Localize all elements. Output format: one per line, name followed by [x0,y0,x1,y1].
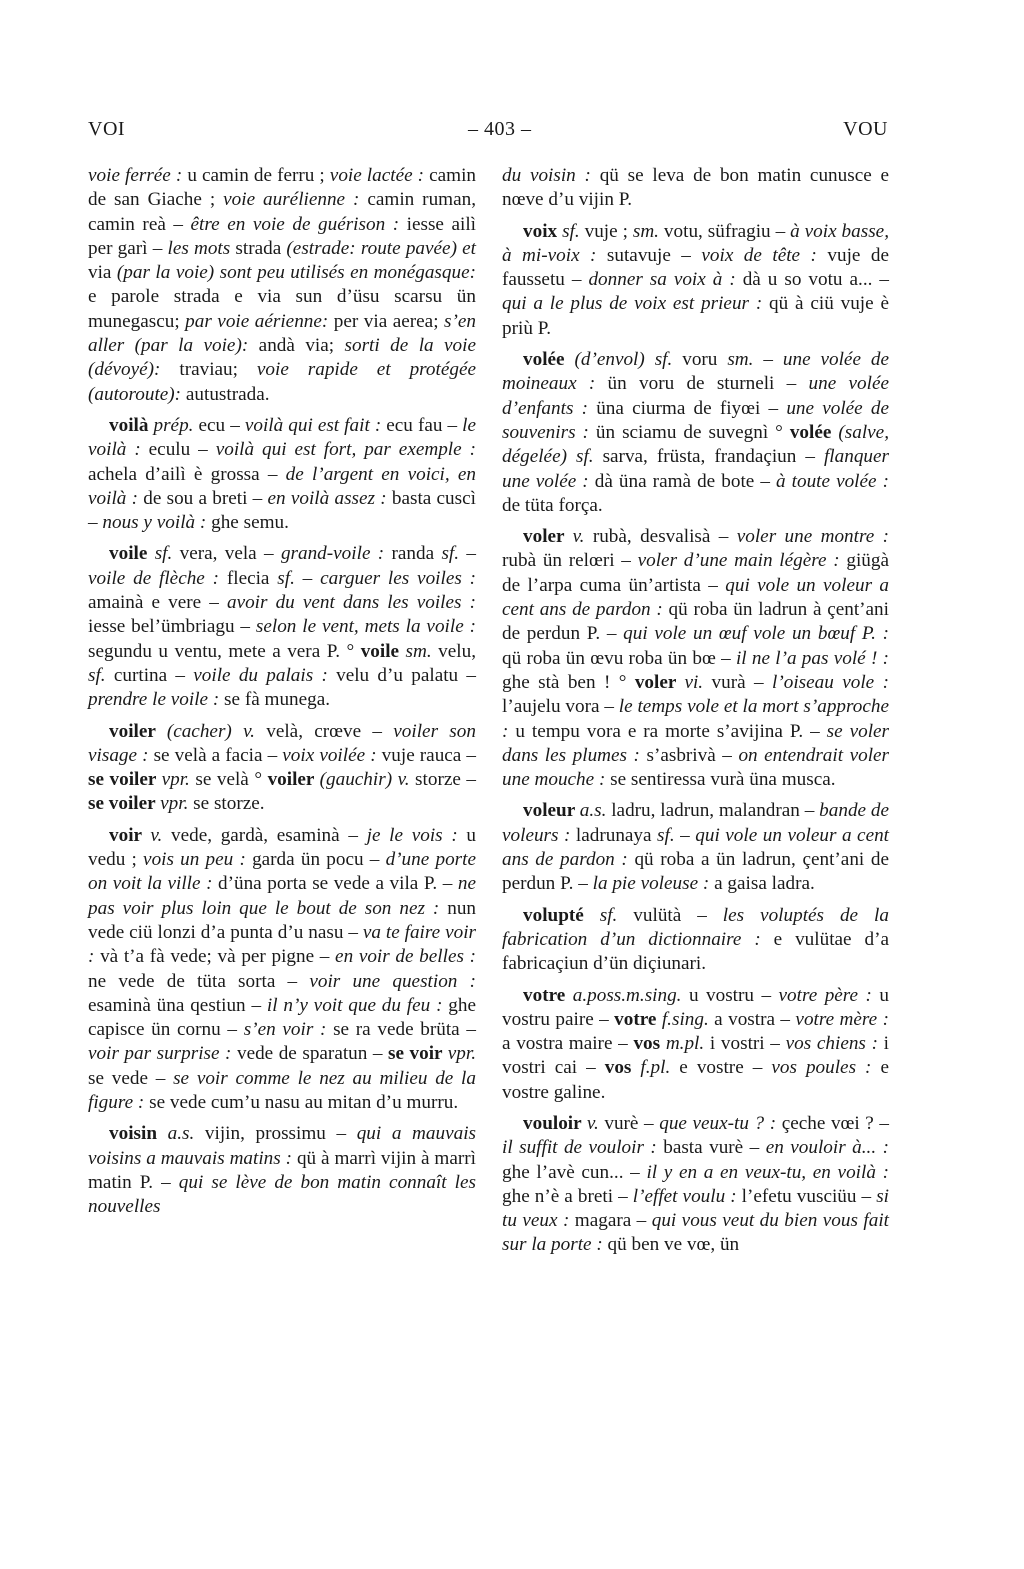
french-phrase: m.pl. [666,1033,710,1054]
monegasque-text: u camin de ferru ; [187,165,329,186]
french-phrase: il suffit de vouloir : [502,1137,663,1158]
monegasque-text: ladrunaya [576,825,657,846]
french-phrase: voie lactée : [330,165,429,186]
monegasque-text: a gaisa ladra. [714,873,815,894]
french-phrase: v. [573,526,593,547]
dictionary-entry-vouloir: vouloir v. vurè – que veux-tu ? : çeche … [502,1112,889,1258]
french-phrase: à toute volée : [776,471,889,492]
monegasque-text: garda ün pocu – [252,849,386,870]
monegasque-text: storze – [415,769,476,790]
french-phrase: sf. [88,665,114,686]
french-phrase: (gauchir) v. [320,769,415,790]
monegasque-text: vulütà – [633,905,722,926]
monegasque-text: dà u so votu a... – [743,269,889,290]
dictionary-entry-voiler: voiler (cacher) v. velà, crœve – voiler … [88,720,476,817]
page-header: VOI – 403 – VOU [88,118,888,148]
french-phrase: il y en a en veux-tu, en voilà : [646,1162,889,1183]
monegasque-text: eculu – [149,439,216,460]
french-phrase: du voisin : [502,165,600,186]
monegasque-text: – [763,349,783,370]
right-guide-word: VOU [843,118,888,141]
headword: voix [523,221,562,242]
french-phrase: il n’y voit que du feu : [267,995,448,1016]
headword: voler [523,526,573,547]
monegasque-text: flecia [227,568,277,589]
french-phrase: grand-voile : [281,543,392,564]
headword: voir [109,825,150,846]
french-phrase: v. [587,1113,604,1134]
monegasque-text: segundu u ventu, mete a vera P. ° [88,641,361,662]
monegasque-text: velu d’u palatu – [336,665,476,686]
monegasque-text: se velà ° [195,769,267,790]
monegasque-text: se fà munega. [224,689,330,710]
monegasque-text: vede de sparatun – [237,1043,388,1064]
monegasque-text: a vostra maire – [502,1033,633,1054]
monegasque-text: a vostra – [714,1009,795,1030]
dictionary-entry-volupté: volupté sf. vulütà – les voluptés de la … [502,904,889,977]
headword: se voiler [88,793,160,814]
french-phrase: donner sa voix à : [588,269,742,290]
monegasque-text: ghe stà ben ! ° [502,672,635,693]
monegasque-text: qü roba ün œvu roba ün bœ – [502,648,736,669]
french-phrase: voile du palais : [193,665,336,686]
monegasque-text: andà via; [259,335,345,356]
monegasque-text: üna ciurma de fiyœi – [596,398,786,419]
french-phrase: (par la voie) sont peu utilisés en monég… [117,262,476,283]
dictionary-entry-voile: voile sf. vera, vela – grand-voile : ran… [88,542,476,712]
monegasque-text: ün sciamu de suvegnì ° [596,422,790,443]
monegasque-text: de sou a breti – [143,488,267,509]
french-phrase: en vouloir à... : [766,1137,889,1158]
entry-continuation: du voisin : qü se leva de bon matin cunu… [502,164,889,213]
french-phrase: (cacher) v. [167,721,266,742]
french-phrase: voix de tête : [701,245,827,266]
monegasque-text: basta vurè – [663,1137,765,1158]
monegasque-text: rubà ün relœri – [502,550,638,571]
french-phrase: qui vole un œuf vole un bœuf P. : [623,623,889,644]
french-phrase: voie ferrée : [88,165,187,186]
monegasque-text: achela d’ailì è grossa – [88,464,286,485]
french-phrase: vpr. [448,1043,476,1064]
monegasque-text: magara – [575,1210,652,1231]
french-phrase: avoir du vent dans les voiles : [227,592,476,613]
french-phrase: voler une montre : [737,526,889,547]
french-phrase: f.pl. [640,1057,679,1078]
french-phrase: voir une question : [309,971,476,992]
french-phrase: nous y voilà : [102,512,211,533]
dictionary-entry-voir: voir v. vede, gardà, esaminà – je le voi… [88,824,476,1116]
left-column: voie ferrée : u camin de ferru ; voie la… [88,164,476,1226]
headword: votre [614,1009,662,1030]
monegasque-text: d’üna porta se vede a vila P. – [218,873,458,894]
french-phrase: vpr. [162,769,196,790]
monegasque-text: de tüta força. [502,495,603,516]
headword: se voiler [88,769,162,790]
monegasque-text: – [680,825,695,846]
french-phrase: que veux-tu ? : [659,1113,781,1134]
headword: vos [633,1033,665,1054]
french-phrase: vos chiens : [786,1033,884,1054]
headword: se voir [388,1043,448,1064]
headword: voile [361,641,406,662]
monegasque-text: voru [682,349,727,370]
monegasque-text: l’aujelu vora – [502,696,619,717]
monegasque-text: se ra vede brüta – [333,1019,476,1040]
french-phrase: les mots [167,238,235,259]
dictionary-entry-voler: voler v. rubà, desvalisà – voler une mon… [502,525,889,792]
french-phrase: en voir de belles : [335,946,476,967]
monegasque-text: ladru, ladrun, malandran – [611,800,819,821]
french-phrase: vos poules : [771,1057,880,1078]
french-phrase: vi. [684,672,711,693]
dictionary-entry-voisin: voisin a.s. vijin, prossimu – qui a mauv… [88,1122,476,1219]
monegasque-text: ecu – [199,415,245,436]
headword: vos [605,1057,641,1078]
right-column: du voisin : qü se leva de bon matin cunu… [502,164,889,1265]
french-phrase: sm. [633,221,664,242]
dictionary-entry-voleur: voleur a.s. ladru, ladrun, malandran – b… [502,799,889,896]
monegasque-text: vuje rauca – [382,745,476,766]
monegasque-text: traviau; [179,359,257,380]
french-phrase: votre père : [779,985,880,1006]
french-phrase: sf. [441,543,466,564]
french-phrase: votre mère : [795,1009,889,1030]
french-phrase: voix voilée : [282,745,381,766]
headword: voiler [268,769,320,790]
french-phrase: être en voie de guérison : [191,214,407,235]
french-phrase: sf. [155,543,180,564]
left-guide-word: VOI [88,118,125,141]
headword: volée [790,422,839,443]
page-number: – 403 – [468,118,532,141]
monegasque-text: ecu fau – [386,415,462,436]
monegasque-text: çeche vœi ? – [782,1113,889,1134]
french-phrase: carguer les voiles : [320,568,476,589]
monegasque-text: ghe semu. [211,512,289,533]
monegasque-text: amainà e vere – [88,592,227,613]
monegasque-text: sutavuje – [607,245,701,266]
french-phrase: selon le vent, mets la voile : [256,616,476,637]
monegasque-text: và t’a fà vede; và per pigne – [100,946,335,967]
monegasque-text: ghe l’avè cun... – [502,1162,646,1183]
monegasque-text: vurà – [712,672,773,693]
monegasque-text: iesse bel’ümbriagu – [88,616,256,637]
french-phrase: a.poss.m.sing. [573,985,689,1006]
monegasque-text: se velà a facia – [154,745,283,766]
monegasque-text: e vostre – [679,1057,771,1078]
french-phrase: prendre le voile : [88,689,224,710]
monegasque-text: ne vede de tüta sorta – [88,971,309,992]
french-phrase: voler d’une main légère : [638,550,847,571]
monegasque-text: sarva, früsta, frandaçiun – [603,446,824,467]
french-phrase: a.s. [580,800,612,821]
monegasque-text: l’efetu vusciüu – [742,1186,877,1207]
monegasque-text: esaminà üna qestiun – [88,995,267,1016]
monegasque-text: curtina – [114,665,193,686]
french-phrase: sf. [277,568,302,589]
dictionary-entry-votre: votre a.poss.m.sing. u vostru – votre pè… [502,984,889,1105]
french-phrase: la pie voleuse : [593,873,714,894]
monegasque-text: via [88,262,117,283]
monegasque-text: se storze. [193,793,264,814]
headword: votre [523,985,573,1006]
monegasque-text: se vede – [88,1068,173,1089]
monegasque-text: autustrada. [186,384,270,405]
monegasque-text: i vostri – [710,1033,786,1054]
french-phrase: vois un peu : [143,849,252,870]
french-phrase: par voie aérienne: [185,311,334,332]
french-phrase: il ne l’a pas volé ! : [736,648,889,669]
monegasque-text: velà, crœve – [266,721,393,742]
dictionary-entry-voix: voix sf. vuje ; sm. votu, süfragiu – à v… [502,220,889,341]
french-phrase: voile de flèche : [88,568,227,589]
french-phrase: v. [150,825,171,846]
french-phrase: voilà qui est fait : [245,415,386,436]
monegasque-text: randa [392,543,442,564]
monegasque-text: vuje ; [585,221,633,242]
monegasque-text: ün voru de sturneli – [608,373,809,394]
monegasque-text: – [303,568,320,589]
monegasque-text: ghe n’è a breti – [502,1186,633,1207]
headword: volée [523,349,574,370]
monegasque-text: u tempu vora e ra morte s’avijina P. – [515,721,826,742]
headword: vouloir [523,1113,587,1134]
monegasque-text: vera, vela – [180,543,281,564]
monegasque-text: u vostru – [689,985,779,1006]
headword: voiler [109,721,167,742]
french-phrase: l’oiseau vole : [772,672,889,693]
monegasque-text: vurè – [604,1113,659,1134]
monegasque-text: dà üna ramà de bote – [595,471,776,492]
monegasque-text: rubà, desvalisà – [593,526,737,547]
monegasque-text: se sentiressa vurà üna musca. [610,769,835,790]
french-phrase: sf. [657,825,680,846]
monegasque-text: – [466,543,476,564]
french-phrase: (d’envol) sf. [574,349,682,370]
french-phrase: voir par surprise : [88,1043,237,1064]
entry-continuation: voie ferrée : u camin de ferru ; voie la… [88,164,476,407]
monegasque-text: vijin, prossimu – [205,1123,357,1144]
headword: volupté [523,905,600,926]
french-phrase: en voilà assez : [268,488,392,509]
french-phrase: a.s. [168,1123,205,1144]
french-phrase: f.sing. [662,1009,714,1030]
monegasque-text: s’asbrivà – [646,745,738,766]
french-phrase: je le vois : [367,825,467,846]
dictionary-entry-volée: volée (d’envol) sf. voru sm. – une volée… [502,348,889,518]
headword: voler [635,672,685,693]
monegasque-text: se vede cum’u nasu au mitan d’u murru. [149,1092,458,1113]
french-phrase: sf. [600,905,634,926]
french-phrase: voie aurélienne : [223,189,367,210]
french-phrase: l’effet voulu : [633,1186,742,1207]
headword: voisin [109,1123,168,1144]
french-phrase: s’en voir : [244,1019,333,1040]
monegasque-text: per via aerea; [334,311,444,332]
monegasque-text: strada [235,238,286,259]
french-phrase: sf. [562,221,585,242]
headword: voilà [109,415,154,436]
french-phrase: (estrade: route pavée) et [286,238,476,259]
headword: voleur [523,800,580,821]
french-phrase: qui a le plus de voix est prieur : [502,293,769,314]
monegasque-text: votu, süfragiu – [664,221,790,242]
monegasque-text: vede, gardà, esaminà – [171,825,367,846]
french-phrase: vpr. [160,793,193,814]
french-phrase: voilà qui est fort, par exemple : [216,439,476,460]
headword: voile [109,543,155,564]
monegasque-text: qü ben ve vœ, ün [608,1234,740,1255]
dictionary-entry-voilà: voilà prép. ecu – voilà qui est fait : e… [88,414,476,535]
monegasque-text: velu, [438,641,476,662]
french-phrase: prép. [154,415,199,436]
french-phrase: sm. [727,349,763,370]
french-phrase: sm. [406,641,439,662]
